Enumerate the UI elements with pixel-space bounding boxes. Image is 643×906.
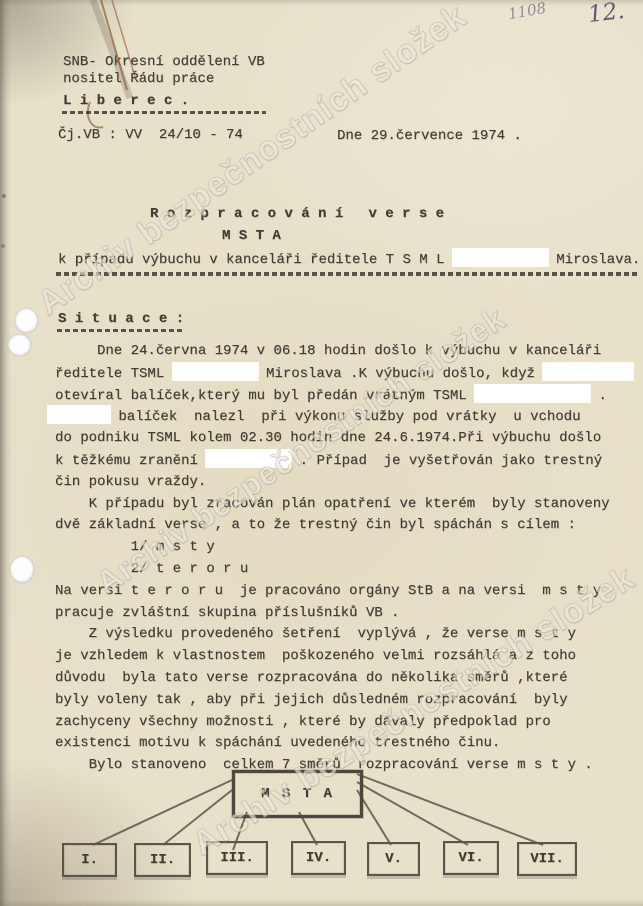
line-text: k těžkému zranění (55, 453, 206, 469)
line-text: balíček nalezl při výkonu služby pod vrá… (110, 409, 580, 425)
diagram-node-iii: III. (206, 841, 268, 875)
connector-msta-vi (357, 782, 468, 845)
typed-line: ředitele TSML Miroslava .K výbuchu došlo… (55, 363, 640, 385)
letterhead-rule (62, 111, 266, 114)
typed-line: otevíral balíček,který mu byl předán vrá… (55, 385, 640, 407)
diagram-node-vi: VI. (443, 841, 499, 875)
line-text: otevíral balíček,který mu byl předán vrá… (55, 388, 475, 404)
typed-line: důvodu byla tato verse rozpracována do n… (55, 668, 640, 690)
typed-line: existenci motivu k spáchání uvedeného tr… (55, 733, 640, 755)
punch-hole (8, 334, 31, 356)
redaction-box (543, 363, 633, 380)
redaction-box (48, 406, 110, 423)
node-label: V. (385, 851, 402, 867)
node-label: III. (220, 850, 254, 866)
title-rule (56, 272, 640, 276)
scan-edge-top (0, 0, 643, 6)
line-text: . Případ je vyšetřován jako trestný (291, 453, 602, 469)
diagram-node-ii: II. (134, 843, 191, 877)
node-label: IV. (306, 850, 331, 866)
typed-line: 1/ m s t y (55, 537, 640, 559)
punch-hole (15, 308, 38, 333)
line-text: . (590, 388, 607, 404)
node-label: II. (150, 852, 175, 868)
node-label: I. (81, 852, 98, 868)
typed-line: do podniku TSML kolem 02.30 hodin dne 24… (55, 428, 640, 450)
scan-edge-bottom (0, 899, 643, 906)
typed-line: zachyceny všechny možnosti , které by dá… (55, 712, 640, 734)
diagram-node-i: I. (62, 843, 117, 877)
redaction-box (206, 450, 291, 467)
diagram-root-label: M S T A (261, 786, 334, 802)
connector-msta-ii (163, 790, 232, 845)
typed-line: balíček nalezl při výkonu služby pod vrá… (55, 406, 640, 428)
diagram-node-iv: IV. (291, 841, 346, 875)
connector-msta-i (93, 780, 232, 845)
diagram-node-v: V. (367, 842, 420, 876)
node-label: VII. (530, 851, 564, 867)
line-text: ředitele TSML (55, 366, 173, 382)
redaction-box (475, 385, 590, 402)
typed-line: Dne 24.června 1974 v 06.18 hodin došlo k… (55, 341, 640, 363)
typed-line: k těžkému zranění . Případ je vyšetřován… (55, 450, 640, 472)
typed-line: čin pokusu vraždy. (55, 472, 640, 494)
typed-line: Na versi t e r o r u je pracováno orgány… (55, 581, 640, 603)
line-text: Miroslava .K výbuchu došlo, když (258, 366, 544, 382)
typed-line: 2/ t e r o r u (55, 559, 640, 581)
typed-line: dvě základní verse , a to že trestný čin… (55, 515, 640, 537)
typed-line: pracuje zvláštní skupina příslušníků VB … (55, 603, 640, 625)
scanned-document-page: SNB- Okresní oddělení VB nositel Řádu pr… (0, 0, 643, 906)
node-label: VI. (458, 850, 483, 866)
section-heading-rule (57, 329, 183, 332)
diagram-node-vii: VII. (517, 842, 577, 876)
typed-line: je vzhledem k vlastnostem poškozeného ve… (55, 646, 640, 668)
typed-line: Z výsledku provedeného šetření vyplývá ,… (55, 624, 640, 646)
scan-edge-left (0, 0, 11, 906)
body-text-block: Dne 24.června 1974 v 06.18 hodin došlo k… (55, 341, 640, 777)
typed-line: byly voleny tak , aby při jejich důsledn… (55, 690, 640, 712)
diagram-root-box-msta: M S T A (232, 770, 363, 818)
redaction-box (173, 363, 258, 380)
typed-line: K případu byl zracován plán opatření ve … (55, 494, 640, 516)
redaction-box (453, 249, 548, 266)
punch-hole (10, 556, 34, 583)
